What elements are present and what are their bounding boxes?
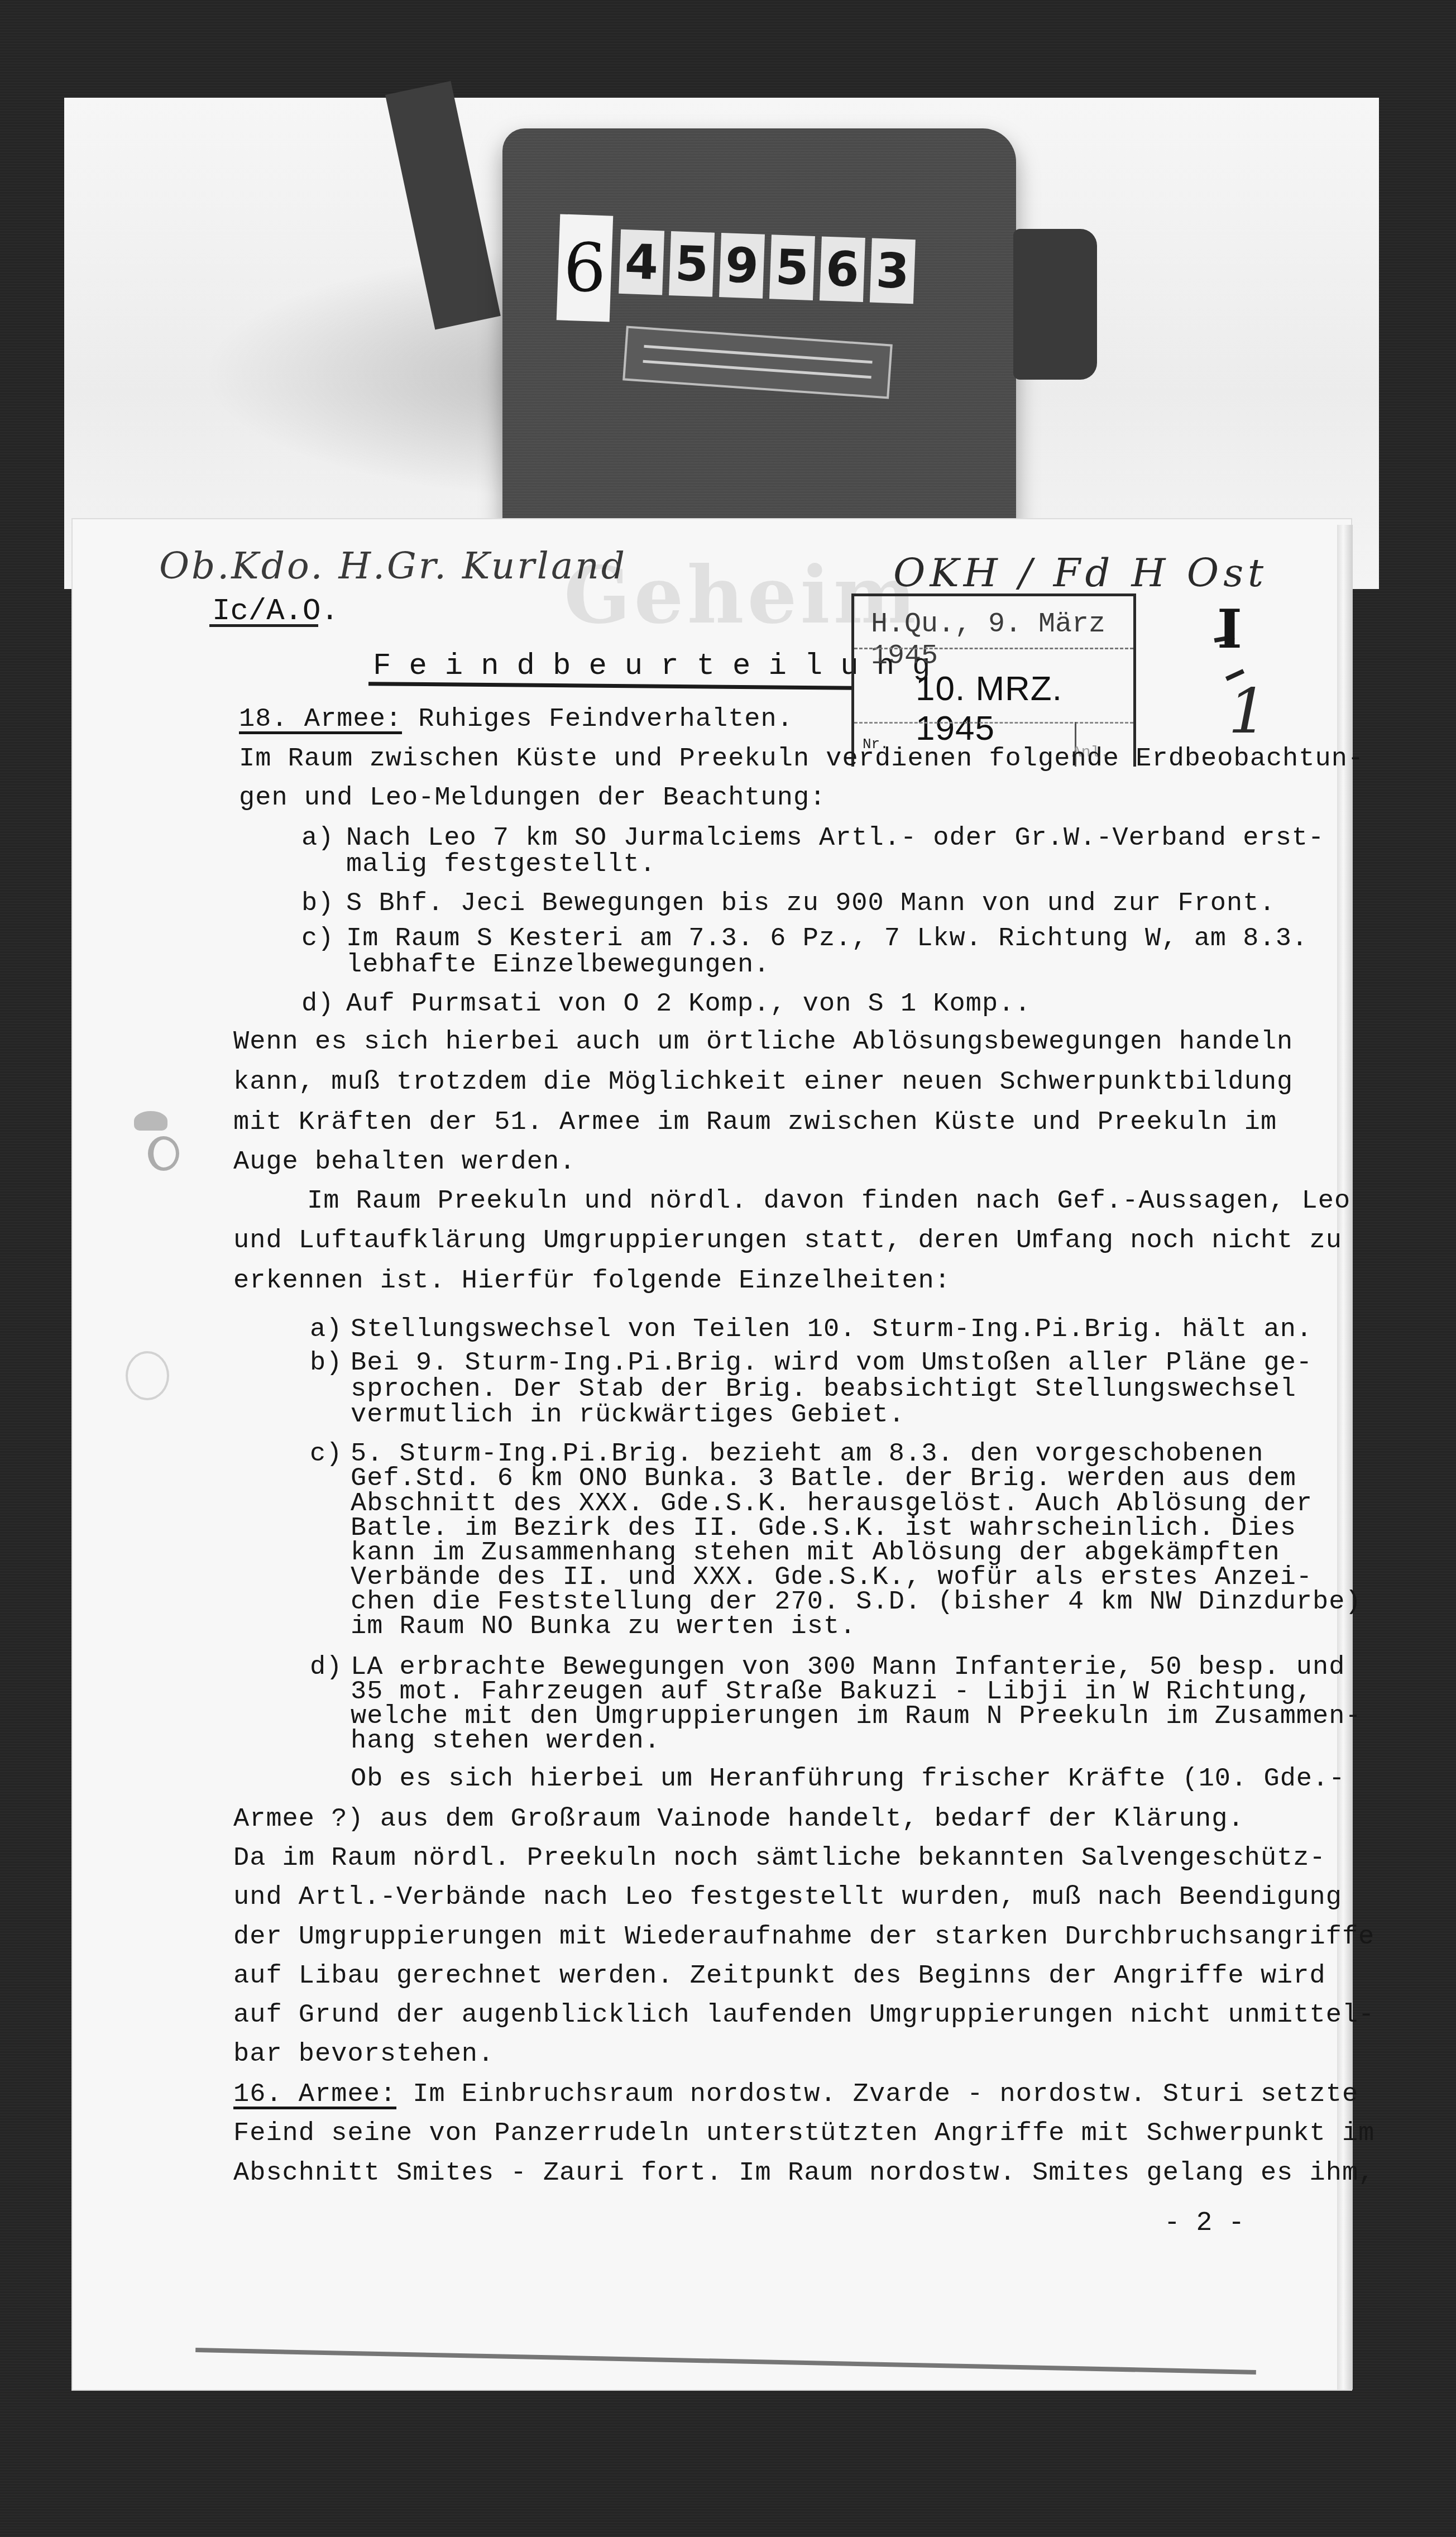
section-18-heading: 18. Armee: (239, 705, 402, 734)
counter-digits: 4 5 9 5 6 3 (619, 229, 916, 304)
section-16-heading-line: 16. Armee: Im Einbruchsraum nordostw. Zv… (233, 2080, 1358, 2109)
list-marker: a) (310, 1315, 342, 1344)
text-line: Wenn es sich hierbei auch um örtliche Ab… (233, 1027, 1293, 1057)
text-line: Auge behalten werden. (233, 1147, 576, 1177)
counter-knob (1013, 229, 1097, 380)
text-line: Nach Leo 7 km SO Jurmalciems Artl.- oder… (346, 824, 1324, 853)
text-line: Da im Raum nördl. Preekuln noch sämtlich… (233, 1844, 1326, 1873)
handwritten-registry: OKH / Fd H Ost (893, 550, 1268, 596)
counter-digit: 6 (820, 236, 865, 302)
page-number: - 2 - (1164, 2208, 1244, 2238)
text-line: Armee ?) aus dem Großraum Vainode handel… (233, 1804, 1244, 1834)
stamp-header-line: H.Qu., 9. März 1945 (871, 609, 1133, 672)
stamp-divider (854, 722, 1133, 724)
counter-digit: 4 (619, 229, 664, 295)
counter-reel-label: 6 (557, 214, 614, 322)
stamp-divider (854, 648, 1133, 649)
counter-digit: 9 (719, 233, 765, 299)
stamp-received-date: 10. MRZ. 1945 (916, 669, 1133, 748)
text-line: Bei 9. Sturm-Ing.Pi.Brig. wird vom Umsto… (351, 1348, 1313, 1378)
section-18-summary: Ruhiges Feindverhalten. (402, 705, 793, 734)
section-16-heading: 16. Armee: (233, 2080, 396, 2109)
text-line: auf Grund der augenblicklich laufenden U… (233, 2000, 1374, 2030)
text-line: vermutlich in rückwärtiges Gebiet. (351, 1400, 905, 1430)
text-line: bar bevorstehen. (233, 2040, 494, 2069)
receipt-stamp: H.Qu., 9. März 1945 10. MRZ. 1945 Nr. An… (851, 593, 1136, 767)
text-line: Abschnitt Smites - Zauri fort. Im Raum n… (233, 2158, 1374, 2188)
text-line: Im Einbruchsraum nordostw. Zvarde - nord… (396, 2080, 1358, 2109)
text-line: Im Raum S Kesteri am 7.3. 6 Pz., 7 Lkw. … (346, 924, 1308, 954)
text-line: Feind seine von Panzerrudeln unterstützt… (233, 2119, 1374, 2148)
list-marker: b) (310, 1348, 342, 1378)
text-line: Im Raum zwischen Küste und Preekuln verd… (239, 744, 1364, 774)
section-18-heading-line: 18. Armee: Ruhiges Feindverhalten. (239, 705, 793, 734)
counter-digit: 5 (669, 231, 715, 297)
text-line: und Artl.-Verbände nach Leo festgestellt… (233, 1883, 1342, 1912)
text-line: und Luftaufklärung Umgruppierungen statt… (233, 1226, 1342, 1256)
text-line: der Umgruppierungen mit Wiederaufnahme d… (233, 1922, 1374, 1952)
list-marker: b) (301, 889, 334, 918)
list-marker: d) (310, 1653, 342, 1682)
list-marker: d) (301, 989, 334, 1019)
page-edge (1337, 525, 1353, 2390)
text-line: kann, muß trotzdem die Möglichkeit einer… (233, 1068, 1293, 1097)
counter-digit: 3 (870, 238, 916, 304)
list-marker: c) (310, 1439, 342, 1469)
text-line: mit Kräften der 51. Armee im Raum zwisch… (233, 1108, 1277, 1137)
counter-digit: 5 (769, 234, 815, 300)
punch-hole (126, 1351, 169, 1400)
text-line: Ob es sich hierbei um Heranführung frisc… (351, 1764, 1345, 1794)
list-marker: a) (301, 824, 334, 853)
text-line: malig festgestellt. (346, 850, 656, 879)
text-line: im Raum NO Bunka zu werten ist. (351, 1612, 856, 1641)
text-line: Auf Purmsati von O 2 Komp., von S 1 Komp… (346, 989, 1031, 1019)
text-line: lebhafte Einzelbewegungen. (346, 950, 770, 980)
text-line: gen und Leo-Meldungen der Beachtung: (239, 783, 826, 813)
margin-punch-marks (123, 1111, 167, 1184)
text-line: erkennen ist. Hierfür folgende Einzelhei… (233, 1266, 951, 1296)
handwritten-folio-number: 1 (1228, 676, 1267, 747)
text-line: auf Libau gerechnet werden. Zeitpunkt de… (233, 1961, 1326, 1991)
handwritten-organization: Ob.Kdo. H.Gr. Kurland (159, 544, 627, 587)
text-line: hang stehen werden. (351, 1726, 660, 1756)
text-line: Stellungswechsel von Teilen 10. Sturm-In… (351, 1315, 1313, 1344)
handwritten-folio-roman: I (1217, 597, 1242, 660)
list-marker: c) (301, 924, 334, 954)
text-line: S Bhf. Jeci Bewegungen bis zu 900 Mann v… (346, 889, 1276, 918)
reference-underline (209, 624, 318, 627)
text-line: Im Raum Preekuln und nördl. davon finden… (307, 1186, 1350, 1216)
reference-code: Ic/A.O. (212, 595, 339, 629)
